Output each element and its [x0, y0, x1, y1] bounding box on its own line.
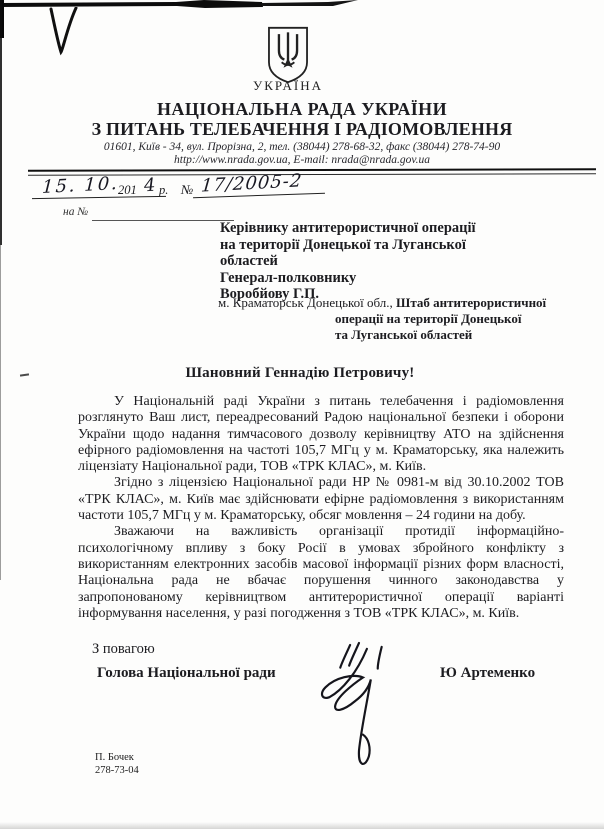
body-paragraph-3: Зважаючи на важливість організації проти…: [78, 524, 564, 622]
executor-name: П. Бочек: [95, 751, 139, 764]
scan-bottom-edge: [0, 822, 604, 829]
location-line: м. Краматорськ Донецької обл., Штаб анти…: [218, 295, 580, 311]
body-paragraph-1: У Національній раді України з питань тел…: [78, 394, 564, 475]
location-hq-line3: та Луганської областей: [218, 327, 580, 343]
closing-phrase: З повагою: [92, 641, 155, 658]
reply-to-underline: [92, 220, 234, 221]
location-hq-line1: Штаб антитерористичної: [396, 295, 546, 310]
handwritten-date: 15. 10.: [42, 173, 120, 198]
org-address-line: 01601, Київ - 34, вул. Прорізна, 2, тел.…: [0, 141, 604, 153]
signer-name: Ю Артеменко: [440, 665, 535, 682]
handwritten-year-digit: 4: [143, 175, 156, 197]
signature-scribble: [312, 641, 407, 779]
signer-title: Голова Національної ради: [97, 665, 276, 682]
body-paragraph-2: Згідно з ліцензією Національної ради НР …: [78, 475, 564, 524]
country-label: УКРАЇНА: [0, 78, 576, 94]
addressee-location-block: м. Краматорськ Донецької обл., Штаб анти…: [218, 295, 580, 344]
reply-to-label: на №: [63, 206, 88, 218]
org-title-line2: З ПИТАНЬ ТЕЛЕБАЧЕННЯ І РАДІОМОВЛЕННЯ: [0, 119, 604, 140]
location-hq-line2: операції на території Донецької: [218, 311, 580, 327]
addressee-line: на території Донецької та Луганської обл…: [220, 237, 520, 270]
handwritten-ref-number: 17/2005-2: [200, 170, 303, 196]
executor-phone: 278-73-04: [95, 764, 139, 777]
letter-body: У Національній раді України з питань тел…: [78, 394, 564, 622]
location-city: м. Краматорськ Донецької обл.,: [218, 295, 396, 310]
scanned-letter-page: УКРАЇНА НАЦІОНАЛЬНА РАДА УКРАЇНИ З ПИТАН…: [0, 0, 604, 829]
org-web-line: http://www.nrada.gov.ua, E-mail: nrada@n…: [0, 154, 604, 166]
salutation: Шановний Геннадію Петровичу!: [80, 365, 520, 382]
number-sign-label: №: [181, 182, 193, 198]
executor-block: П. Бочек 278-73-04: [95, 751, 139, 777]
addressee-block: Керівнику антитерористичної операції на …: [220, 220, 520, 303]
scan-dash-artifact: [20, 373, 29, 376]
addressee-line: Керівнику антитерористичної операції: [220, 220, 520, 237]
scan-edge-artifact: [0, 245, 1, 580]
org-title-line1: НАЦІОНАЛЬНА РАДА УКРАЇНИ: [0, 99, 604, 120]
addressee-line: Генерал-полковнику: [220, 270, 520, 287]
